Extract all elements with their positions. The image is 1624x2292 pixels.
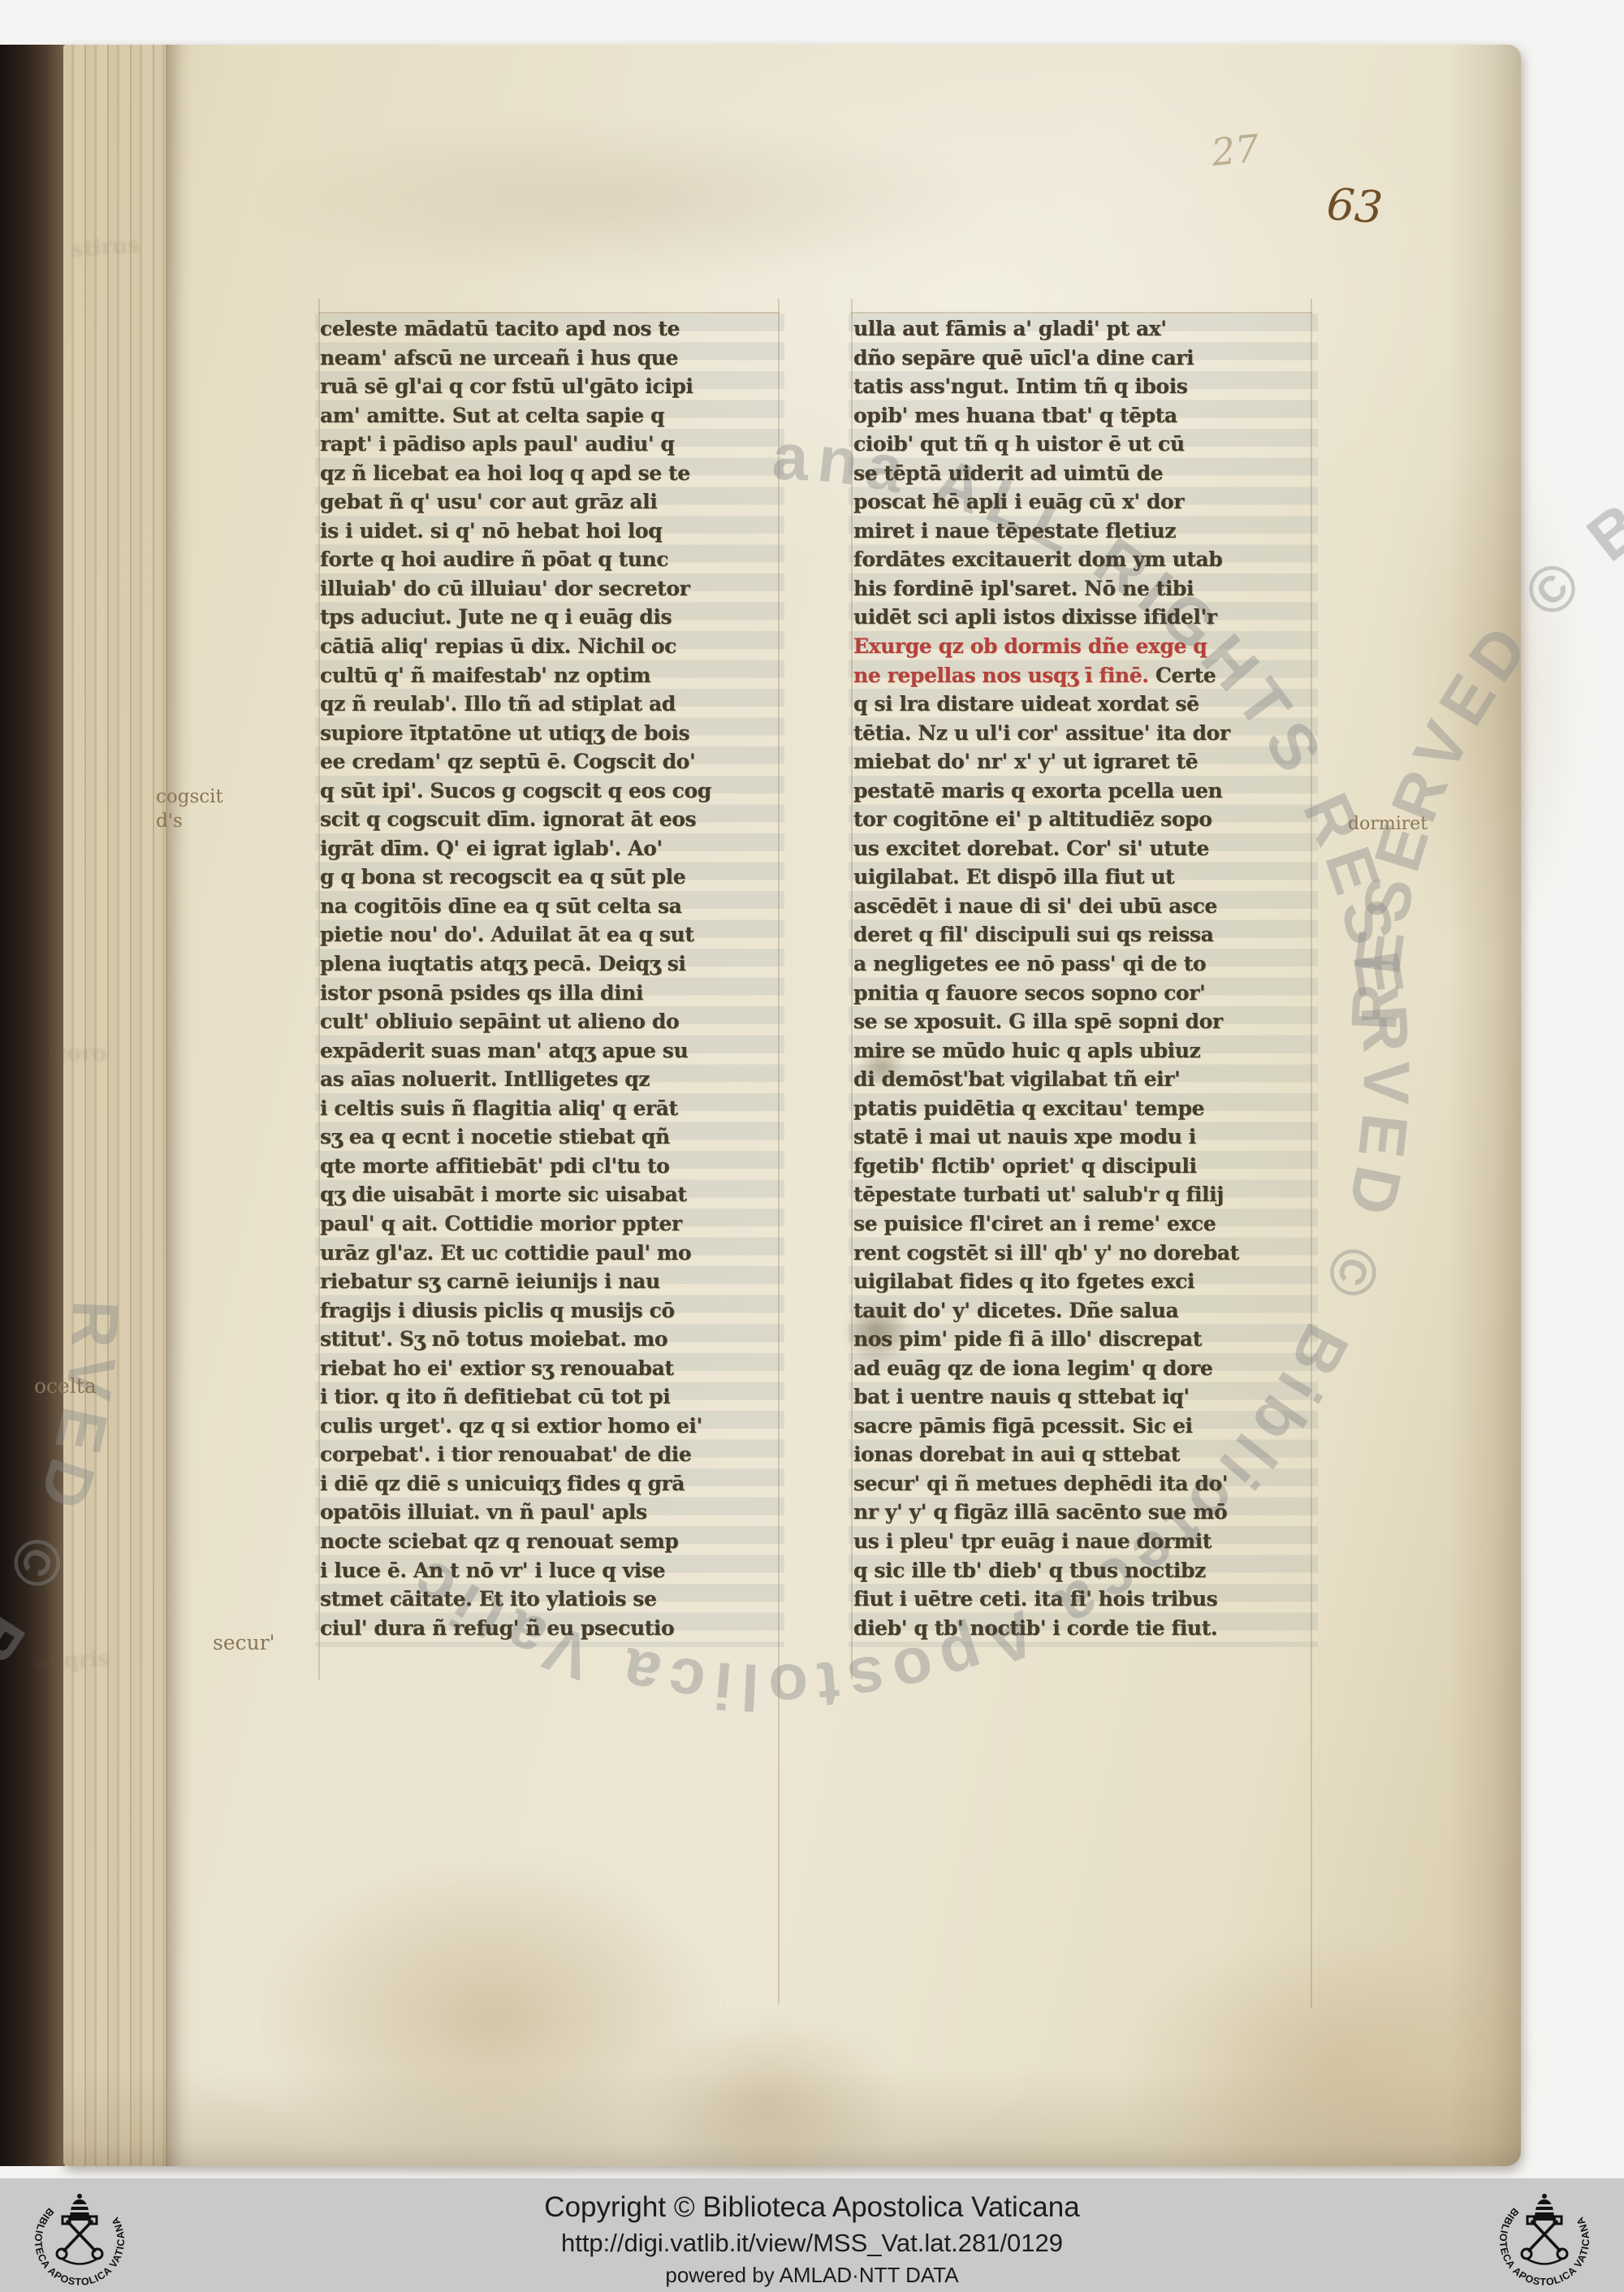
right-text-column: ulla aut fāmis a' gladi' pt ax'dño sepār… — [853, 315, 1313, 1643]
manuscript-line: ad euāg qz de iona legim' q dore — [853, 1355, 1313, 1384]
manuscript-line: poscat hē apli i euāg cū x' dor — [853, 488, 1313, 517]
manuscript-line: tor cogitōne ei' p altitudiēz sopo — [853, 806, 1313, 835]
manuscript-line: i luce ē. An t nō vr' i luce q vise — [320, 1557, 780, 1586]
manuscript-line: ruā sē gl'ai q cor fstū ul'gāto icipi — [320, 373, 780, 402]
margin-note-cogscit: cogscit — [156, 786, 223, 807]
manuscript-line: tauit do' y' dicetes. Dñe salua — [853, 1297, 1313, 1326]
rubric-line-2-black-tail: Certe — [1149, 664, 1216, 687]
manuscript-line: ee credam' qz septū ē. Cogscit do' — [320, 748, 780, 777]
manuscript-line: stitut'. Sʒ nō totus moiebat. mo — [320, 1325, 780, 1355]
manuscript-line: fgetib' flctib' opriet' q discipuli — [853, 1152, 1313, 1182]
photo-background: ana ALL RIGHTS RESERVED © Biblioteca Apo… — [0, 0, 1624, 2178]
manuscript-line: uigilabat. Et dispō illa fiut ut — [853, 863, 1313, 893]
vatican-logo-left: BIBLIOTECA APOSTOLICA VATICANA — [23, 2178, 136, 2292]
manuscript-line: gebat ñ q' usu' cor aut grāz ali — [320, 488, 780, 517]
manuscript-line: cult' obliuio sepāint ut alieno do — [320, 1008, 780, 1037]
page-edge-stack — [63, 45, 167, 2166]
manuscript-line: miebat do' nr' x' y' ut igraret tē — [853, 748, 1313, 777]
manuscript-line: a negligetes ee nō pass' qi de to — [853, 950, 1313, 980]
manuscript-line: forte q hoi audire ñ pōat q tunc — [320, 546, 780, 575]
book-spine — [0, 45, 65, 2166]
manuscript-line: his fordinē ipl'saret. Nō ne tibi — [853, 575, 1313, 604]
manuscript-line: urāz gl'az. Et uc cottidie paul' mo — [320, 1239, 780, 1269]
manuscript-line: cultū q' ñ maifestab' nz optim — [320, 662, 780, 691]
manuscript-line: supiore ītptatōne ut utiqʒ de bois — [320, 720, 780, 749]
manuscript-line: rapt' i pādiso apls paul' audiu' q — [320, 430, 780, 460]
folio-number: 63 — [1325, 179, 1384, 234]
page-right-edge-shade — [1448, 45, 1521, 2166]
margin-note-secur: secur' — [213, 1631, 275, 1654]
manuscript-line: us excitet dorebat. Cor' si' utute — [853, 835, 1313, 864]
right-column-lines-top: ulla aut fāmis a' gladi' pt ax'dño sepār… — [853, 315, 1313, 633]
manuscript-line: tps aduciut. Jute ne q i euāg dis — [320, 603, 780, 633]
manuscript-line: fragijs i diusis piclis q musijs cō — [320, 1297, 780, 1326]
manuscript-line: deret q fil' discipuli sui qs reissa — [853, 921, 1313, 950]
manuscript-line: qte morte affitiebāt' pdi cl'tu to — [320, 1152, 780, 1182]
manuscript-line: pnitia q fauore secos sopno cor' — [853, 980, 1313, 1009]
manuscript-line: uidēt sci apli istos dixisse ifidel'r — [853, 603, 1313, 633]
manuscript-line: istor psonā psides qs illa dini — [320, 980, 780, 1009]
manuscript-line: fordātes excitauerit dom ym utab — [853, 546, 1313, 575]
manuscript-line: di demōst'bat vigilabat tñ eir' — [853, 1066, 1313, 1095]
manuscript-line: plena iuqtatis atqʒ pecā. Deiqʒ si — [320, 950, 780, 980]
manuscript-line: tatis ass'ngut. Intim tñ q ibois — [853, 373, 1313, 402]
vatican-emblem — [57, 2216, 102, 2264]
manuscript-line: i diē qz diē s unicuiqʒ fides q grā — [320, 1470, 780, 1499]
manuscript-line: opatōis illuiat. vn ñ paul' apls — [320, 1498, 780, 1528]
manuscript-line: is i uidet. si q' nō hebat hoi loq — [320, 517, 780, 547]
manuscript-line: cātiā aliq' repias ū dix. Nichil oc — [320, 633, 780, 662]
manuscript-line: i tior. q ito ñ defitiebat cū tot pi — [320, 1383, 780, 1412]
screenshot-root: ana ALL RIGHTS RESERVED © Biblioteca Apo… — [0, 0, 1624, 2292]
papal-tiara-icon — [68, 2194, 91, 2221]
left-text-column: celeste mādatū tacito apd nos teneam' af… — [320, 315, 780, 1643]
manuscript-line: secur' qi ñ metues dephēdi ita do' — [853, 1470, 1313, 1499]
source-url: http://digi.vatlib.it/view/MSS_Vat.lat.2… — [0, 2229, 1624, 2258]
manuscript-line: miret i naue tēpestate fletiuz — [853, 517, 1313, 547]
right-column-lines-bottom: q si lra distare uideat xordat sētētia. … — [853, 690, 1313, 1643]
manuscript-line: q si lra distare uideat xordat sē — [853, 690, 1313, 720]
manuscript-line: se tēptā uiderit ad uimtū de — [853, 460, 1313, 489]
manuscript-line: nr y' y' q figāz illā sacēnto sue mō — [853, 1498, 1313, 1528]
manuscript-line: riebat ho ei' extior sʒ renouabat — [320, 1355, 780, 1384]
manuscript-line: dieb' q tb' noctib' i corde tie fiut. — [853, 1615, 1313, 1644]
manuscript-line: scit q cogscuit dīm. ignorat āt eos — [320, 806, 780, 835]
manuscript-line: mire se mūdo huic q apls ubiuz — [853, 1037, 1313, 1066]
show-through-text: izoro — [47, 1041, 106, 1066]
manuscript-line: nocte sciebat qz q renouat semp — [320, 1528, 780, 1557]
manuscript-line: uigilabat fides q ito fgetes exci — [853, 1268, 1313, 1297]
rubric-line-1: Exurge qz ob dormis dñe exge q — [853, 633, 1313, 662]
left-column-lines: celeste mādatū tacito apd nos teneam' af… — [320, 315, 780, 1643]
manuscript-line: pestatē maris q exorta pcella uen — [853, 777, 1313, 807]
gutter-shadow — [166, 45, 193, 2166]
manuscript-line: statē i mai ut nauis xpe modu i — [853, 1123, 1313, 1152]
manuscript-line: ascēdēt i naue di si' dei ubū asce — [853, 893, 1313, 922]
manuscript-line: as aīas noluerit. Intlligetes qz — [320, 1066, 780, 1095]
manuscript-line: expāderit suas man' atqʒ apue su — [320, 1037, 780, 1066]
manuscript-line: qz ñ reulab'. Illo tñ ad stiplat ad — [320, 690, 780, 720]
manuscript-line: celeste mādatū tacito apd nos te — [320, 315, 780, 344]
manuscript-line: q sic ille tb' dieb' q tbus noctibz — [853, 1557, 1313, 1586]
manuscript-line: us i pleu' tpr euāg i naue dormit — [853, 1528, 1313, 1557]
manuscript-line: paul' q ait. Cottidie morior ppter — [320, 1210, 780, 1239]
copyright-line: Copyright © Biblioteca Apostolica Vatica… — [0, 2191, 1624, 2224]
margin-note-ds: d's — [156, 811, 183, 832]
manuscript-line: cioib' qut tñ q h uistor ē ut cū — [853, 430, 1313, 460]
manuscript-line: opib' mes huana tbat' q tēpta — [853, 402, 1313, 431]
manuscript-line: pietie nou' do'. Aduilat āt ea q sut — [320, 921, 780, 950]
rubric-line-2: ne repellas nos usqʒ ī finē. Certe — [853, 662, 1313, 691]
manuscript-line: ionas dorebat in aui q sttebat — [853, 1441, 1313, 1470]
margin-note-dormiret: dormiret — [1348, 814, 1427, 834]
manuscript-line: illuiab' do cū illuiau' dor secretor — [320, 575, 780, 604]
show-through-text: stirus — [71, 233, 140, 262]
margin-note-ocelta: ocelta — [34, 1374, 97, 1398]
manuscript-line: se puisice fl'ciret an i reme' exce — [853, 1210, 1313, 1239]
papal-tiara-icon — [1533, 2194, 1556, 2221]
manuscript-line: nos pim' pide fi ā illo' discrepat — [853, 1325, 1313, 1355]
manuscript-line: am' amitte. Sut at celta sapie q — [320, 402, 780, 431]
manuscript-line: rent cogstēt si ill' qb' y' no dorebat — [853, 1239, 1313, 1269]
manuscript-line: riebatur sʒ carnē ieiunijs i nau — [320, 1268, 780, 1297]
manuscript-line: sʒ ea q ecnt i nocetie stiebat qñ — [320, 1123, 780, 1152]
manuscript-line: q sūt ipi'. Sucos g cogscit q eos cog — [320, 777, 780, 807]
manuscript-line: culis urget'. qz q si extior homo ei' — [320, 1412, 780, 1442]
manuscript-line: g q bona st recogscit ea q sūt ple — [320, 863, 780, 893]
manuscript-line: i celtis suis ñ flagitia aliq' q erāt — [320, 1095, 780, 1124]
rubric-line-2-red: ne repellas nos usqʒ ī finē. — [853, 664, 1149, 687]
manuscript-line: stmet cāitate. Et ito ylatiois se — [320, 1585, 780, 1615]
manuscript-line: dño sepāre quē uīcl'a dine cari — [853, 344, 1313, 374]
manuscript-line: na cogitōis dīne ea q sūt celta sa — [320, 893, 780, 922]
manuscript-line: fiut i uētre ceti. ita fi' hois tribus — [853, 1585, 1313, 1615]
copyright-bar: Copyright © Biblioteca Apostolica Vatica… — [0, 2178, 1624, 2292]
stain — [258, 118, 989, 280]
manuscript-line: sacre pāmis figā pcessit. Sic ei — [853, 1412, 1313, 1442]
manuscript-line: ulla aut fāmis a' gladi' pt ax' — [853, 315, 1313, 344]
manuscript-line: ciul' dura ñ refug' ñ eu psecutio — [320, 1615, 780, 1644]
manuscript-line: corpebat'. i tior renouabat' de die — [320, 1441, 780, 1470]
vatican-logo-right: BIBLIOTECA APOSTOLICA VATICANA — [1488, 2178, 1601, 2292]
manuscript-line: qz ñ licebat ea hoi loq q apd se te — [320, 460, 780, 489]
page-bottom-edge-shade — [63, 2069, 1521, 2166]
manuscript-line: igrāt dīm. Q' ei igrat iglab'. Ao' — [320, 835, 780, 864]
manuscript-line: ptatis puidētia q excitau' tempe — [853, 1095, 1313, 1124]
show-through-text: aliqris — [33, 1647, 110, 1676]
manuscript-line: bat i uentre nauis q sttebat iq' — [853, 1383, 1313, 1412]
manuscript-line: qʒ die uisabāt i morte sic uisabat — [320, 1181, 780, 1210]
manuscript-line: tēpestate turbati ut' salub'r q filij — [853, 1181, 1313, 1210]
manuscript-line: se se xposuit. G illa spē sopni dor — [853, 1008, 1313, 1037]
vatican-emblem — [1522, 2216, 1567, 2264]
folio-number-faint: 27 — [1209, 126, 1261, 175]
manuscript-line: neam' afscū ne urceañ i hus que — [320, 344, 780, 374]
manuscript-line: tētia. Nz u ul'i cor' assitue' ita dor — [853, 720, 1313, 749]
powered-by-line: powered by AMLAD·NTT DATA — [0, 2263, 1624, 2288]
